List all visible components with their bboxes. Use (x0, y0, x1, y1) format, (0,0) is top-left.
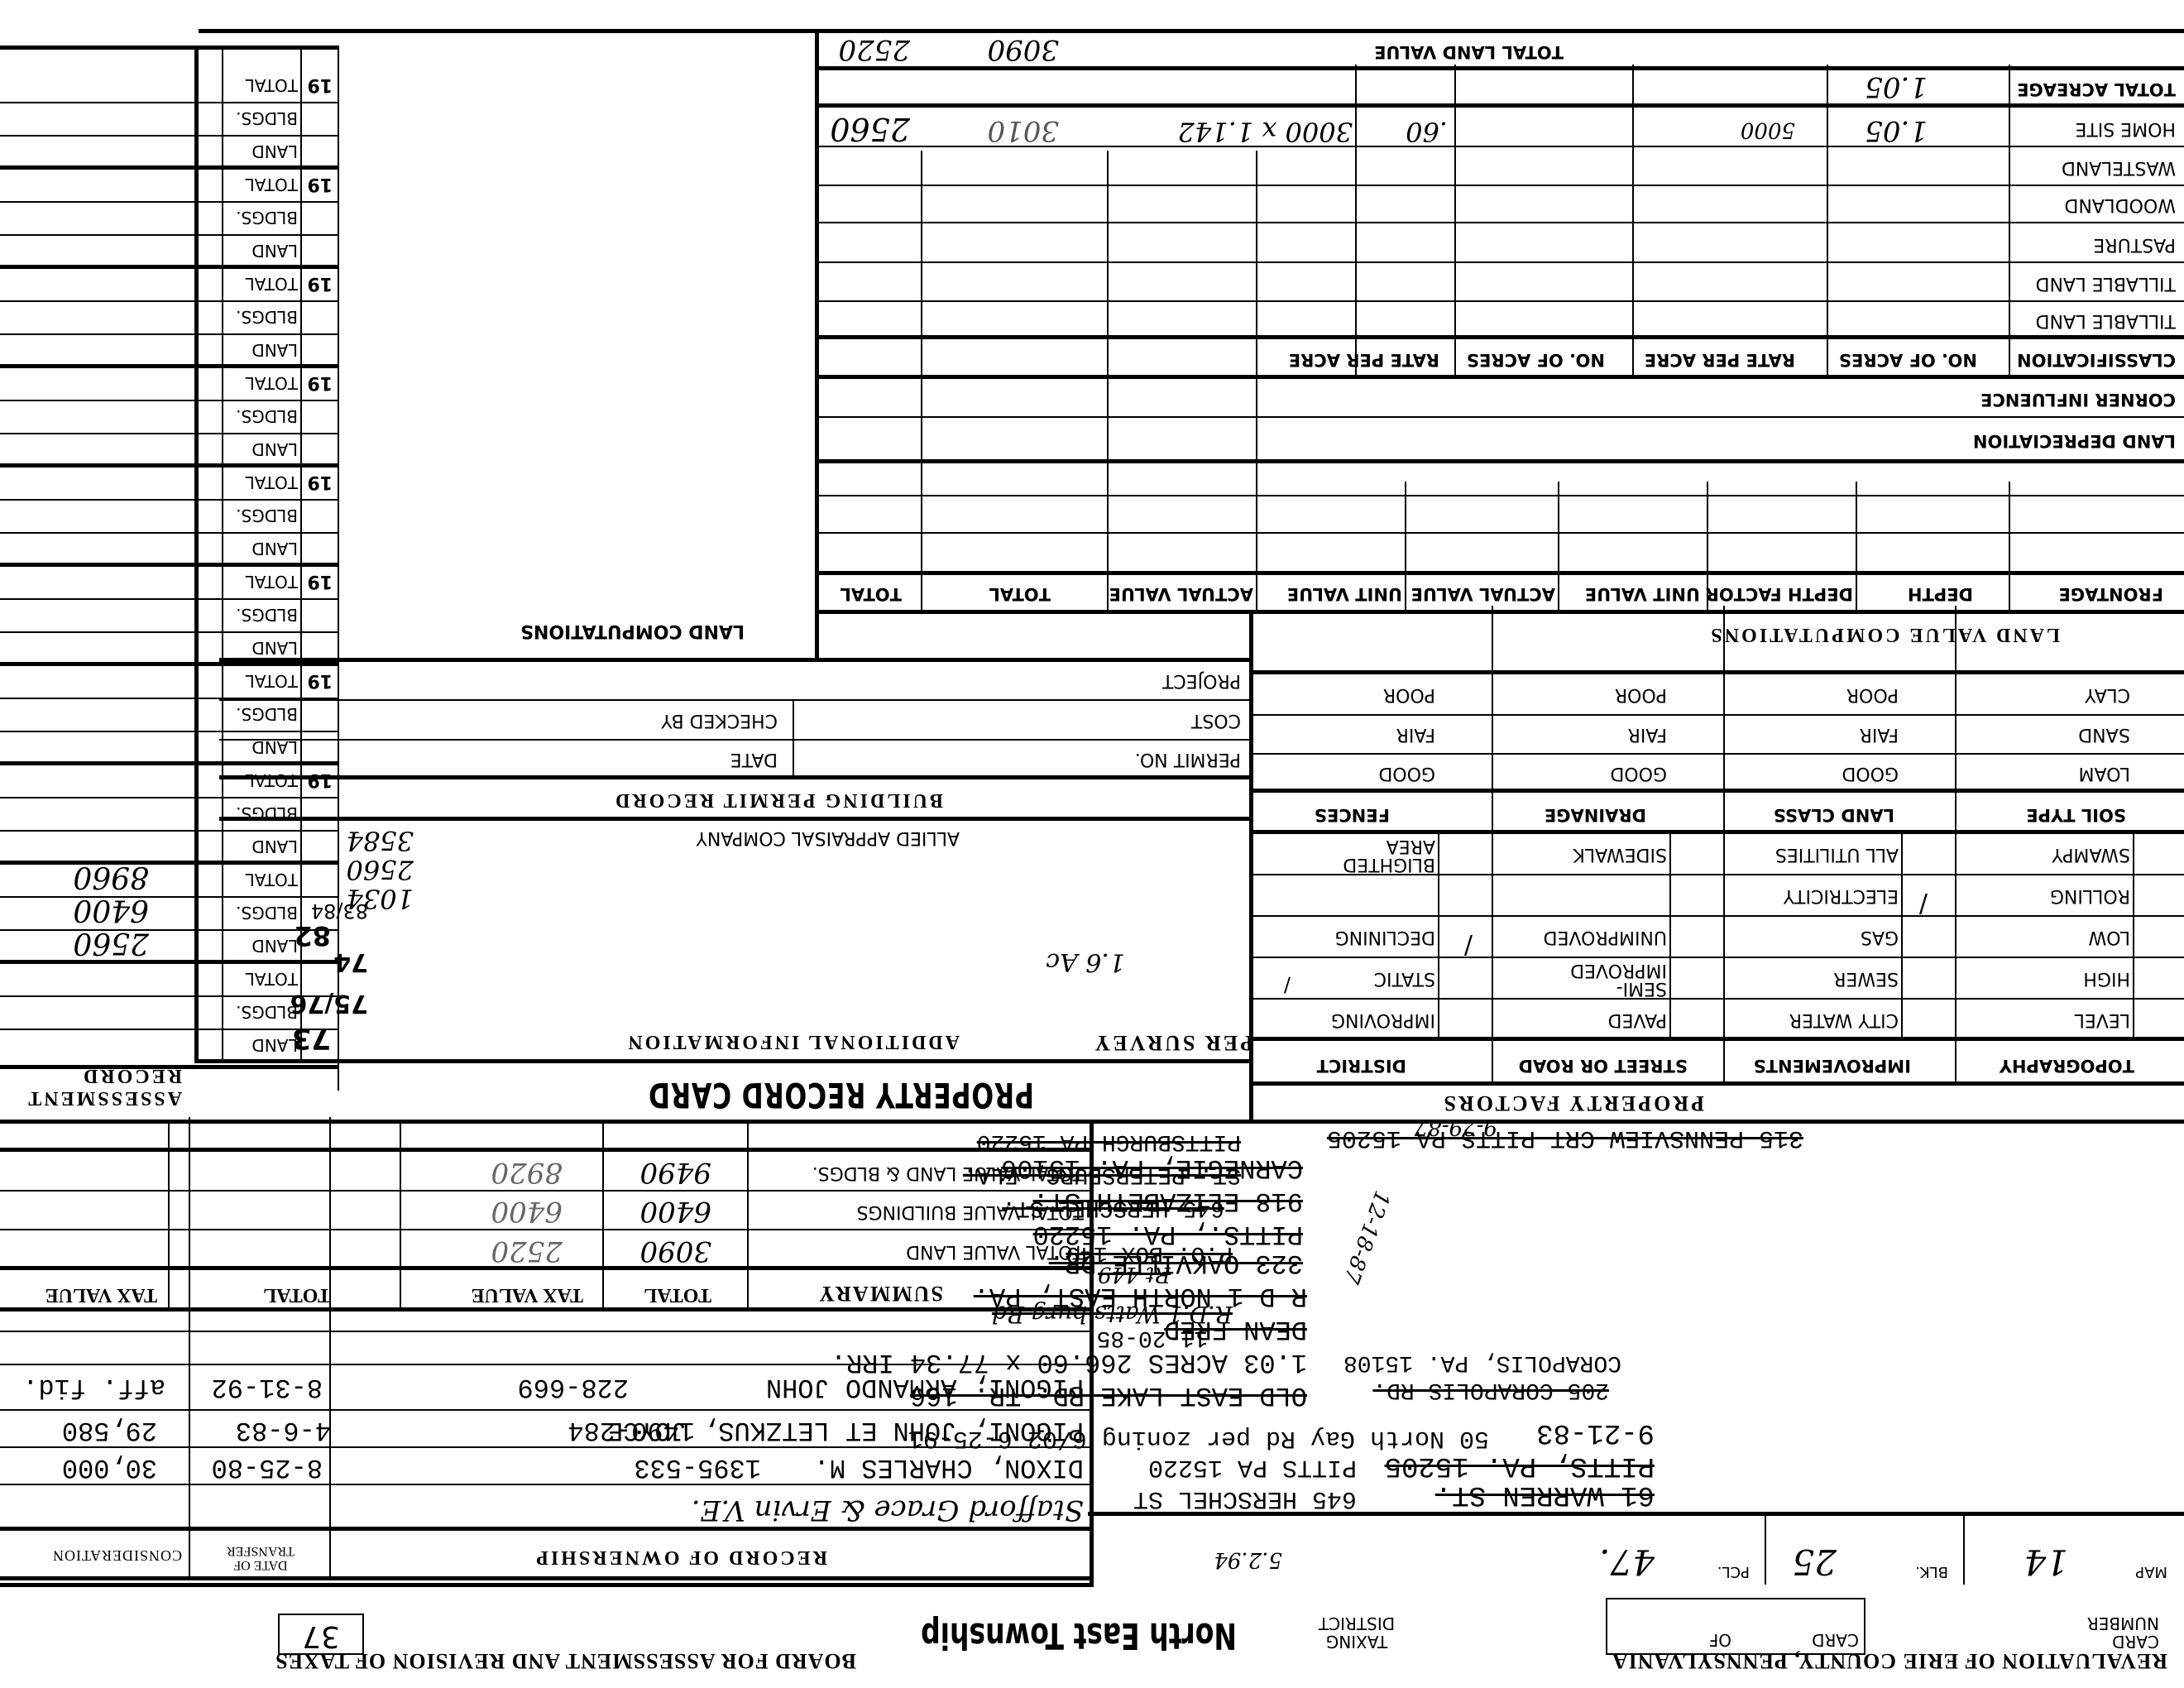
road-sidewalk[interactable]: SIDEWALK (1573, 844, 1667, 865)
assess-bldgs-label: BLDGS. (236, 1002, 298, 1022)
year-prefix: 19 (307, 174, 333, 194)
pcl-note: 5.2.94 (1214, 1547, 1282, 1572)
deed-row-3: 1490-284 (568, 1415, 695, 1446)
no-of-acres-header: NO. OF ACRES (1839, 350, 1977, 370)
owner-row-4: PIGONI, ARMANDO JOHN (766, 1372, 1084, 1403)
property-record-card: REVALUATION OF ERIE COUNTY, PENNSYLVANIA… (0, 0, 2184, 1688)
total-land-value-2: 2520 (838, 33, 910, 66)
land-class-header: LAND CLASS (1774, 805, 1894, 825)
assess-bldgs-label: BLDGS. (236, 406, 298, 426)
address-warren: 61 WARREN ST. (1435, 1479, 1655, 1510)
stamped-year-83-84: 83/84 (311, 899, 368, 923)
home-site-rate-2: 3000 x 1.142 (1178, 116, 1353, 147)
year-prefix: 19 (307, 770, 333, 790)
summary-land-bldgs-tax-value: 8920 (491, 1156, 563, 1189)
consideration-row-4: aff. fid. (22, 1372, 165, 1403)
topo-high[interactable]: HIGH (2083, 968, 2130, 989)
drainage-header: DRAINAGE (1545, 805, 1646, 825)
card-of-box[interactable]: CARD OF (1606, 1598, 1865, 1655)
address-line-2: PITTS PA 15220 (1148, 1453, 1357, 1481)
district-blighted-area[interactable]: BLIGHTED AREA (1336, 837, 1435, 873)
class-home-site: HOME SITE (2075, 118, 2176, 139)
summary-land-bldgs-label: TOTAL VALUE LAND & BLDGS. (812, 1163, 1084, 1183)
class-wasteland: WASTELAND (2062, 157, 2176, 178)
address-wattsburg: R.D.1 Watts burg Rd (992, 1301, 1233, 1328)
land-value-title: LAND VALUE COMPUTATIONS (1708, 623, 2060, 645)
permit-no-label: PERMIT NO. (1135, 749, 1241, 770)
depth-factor-header: DEPTH FACTOR (1706, 584, 1853, 604)
soil-clay[interactable]: CLAY (2085, 684, 2130, 705)
summary-tax-value2-header: TAX VALUE (45, 1283, 157, 1306)
deed-row-4: 228-669 (518, 1372, 629, 1403)
assess-bldgs-label: BLDGS. (236, 108, 298, 128)
consideration-row-2: 30,000 (62, 1452, 157, 1483)
card-number-label: CARD NUMBER (2085, 1614, 2159, 1651)
consideration-header: CONSIDERATION (52, 1547, 182, 1564)
topo-level[interactable]: LEVEL (2075, 1009, 2130, 1030)
date-diagonal-note: 12-18-87 (1339, 1187, 1395, 1287)
road-paved[interactable]: PAVED (1608, 1009, 1667, 1030)
assess-land-label: LAND (251, 737, 298, 757)
summary-buildings-label: TOTAL VALUE BUILDINGS (857, 1201, 1084, 1222)
road-semi-improved[interactable]: SEMI-IMPROVED (1576, 961, 1667, 997)
assess-bldgs-label: BLDGS. (236, 208, 298, 228)
impr-gas[interactable]: GAS (1861, 927, 1899, 947)
drainage-poor[interactable]: POOR (1615, 684, 1667, 705)
assess-land-label: LAND (251, 340, 298, 360)
additional-info-title: ADDITIONAL INFORMATION (625, 1030, 960, 1053)
home-site-value: 3010 (987, 114, 1059, 147)
class-tillable-land: TILLABLE LAND (2036, 310, 2176, 331)
class-pasture: PASTURE (2093, 234, 2176, 255)
stamped-year-82: 82 (294, 920, 331, 952)
district-static[interactable]: STATIC (1374, 968, 1435, 989)
taxing-district-value: North East Township (921, 1614, 1237, 1657)
deed-row-2: 1395-533 (634, 1452, 761, 1483)
assess-land-label: LAND (251, 936, 298, 956)
permit-checked-by-label: CHECKED BY (661, 710, 778, 731)
date-row-3: 4-6-83 (236, 1415, 331, 1446)
assess-total-label: TOTAL (246, 274, 298, 294)
summary-total-header: TOTAL (644, 1283, 711, 1306)
address-rt449: Rt 449 (1098, 1262, 1171, 1287)
assess-total-label: TOTAL (246, 373, 298, 393)
check-static-icon: / (1284, 974, 1291, 997)
actual-value-header: ACTUAL VALUE (1411, 584, 1555, 604)
summary-buildings-total: 6400 (639, 1195, 711, 1228)
fences-fair[interactable]: FAIR (1396, 724, 1435, 745)
assess-bldgs-value: 6400 (73, 893, 149, 927)
topography-header: TOPOGRAPHY (2000, 1056, 2134, 1076)
date-row-4: 8-31-92 (212, 1372, 323, 1403)
district-improving[interactable]: IMPROVING (1331, 1009, 1435, 1030)
assess-land-label: LAND (251, 439, 298, 459)
fences-good[interactable]: GOOD (1378, 763, 1435, 784)
building-permit-title: BUILDING PERMIT RECORD (613, 789, 943, 811)
total-acreage-label: TOTAL ACREAGE (2017, 79, 2176, 99)
soil-type-header: SOIL TYPE (2026, 805, 2126, 825)
assess-bldgs-label: BLDGS. (236, 903, 298, 923)
summary-total2-header: TOTAL (263, 1283, 331, 1306)
home-site-total: 2560 (830, 111, 910, 147)
year-prefix: 19 (307, 372, 333, 393)
fences-header: FENCES (1315, 805, 1390, 825)
summary-land-tax-value: 2520 (491, 1235, 563, 1268)
total-land-value: 3090 (987, 33, 1059, 66)
date-row-2: 8-25-80 (212, 1452, 323, 1483)
date-9-21-83: 9-21-83 (1536, 1417, 1655, 1448)
land-computations-side-title: LAND COMPUTATIONS (520, 621, 745, 641)
soil-sand[interactable]: SAND (2078, 724, 2130, 745)
pcl-value: 47. (1599, 1542, 1655, 1582)
district-header: DISTRICT (1317, 1056, 1406, 1076)
land-class-poor[interactable]: POOR (1846, 684, 1899, 705)
assess-land-label: LAND (251, 638, 298, 658)
appraisal-company: ALLIED APPRAISAL COMPANY (696, 827, 960, 848)
drainage-fair[interactable]: FAIR (1628, 724, 1667, 745)
assess-total-label: TOTAL (246, 175, 298, 194)
topo-low[interactable]: LOW (2088, 927, 2130, 947)
assess-land-label: LAND (251, 539, 298, 559)
assess-total-label: TOTAL (246, 969, 298, 989)
assess-land-value: 2560 (73, 926, 149, 960)
assess-total-value: 8960 (73, 860, 149, 894)
check-unimproved-icon: / (1464, 931, 1473, 960)
home-site-rate: 5000 (1741, 117, 1795, 142)
class-woodland: WOODLAND (2064, 194, 2176, 215)
summary-land-bldgs-total: 9490 (639, 1156, 711, 1189)
district-declining[interactable]: DECLINING (1335, 927, 1435, 947)
assess-total-label: TOTAL (246, 572, 298, 592)
land-class-good[interactable]: GOOD (1842, 763, 1899, 784)
unit-value-header: UNIT VALUE (1585, 584, 1700, 604)
stamped-year-73: 73 (292, 1022, 331, 1055)
date-9-29-87: 9-29-87 (1415, 1115, 1497, 1139)
assess-bldgs-label: BLDGS. (236, 803, 298, 823)
ownership-title: RECORD OF OWNERSHIP (534, 1546, 827, 1568)
assess-bldgs-label: BLDGS. (236, 506, 298, 525)
total-2-header: TOTAL (840, 584, 902, 604)
assess-total-label: TOTAL (246, 472, 298, 492)
class-tillable-land-2: TILLABLE LAND (2036, 273, 2176, 294)
per-survey: PER SURVEY (1093, 1030, 1254, 1055)
total-acreage-value: 1.05 (1865, 70, 1928, 103)
taxing-district-label: TAXING DISTRICT (1311, 1614, 1402, 1651)
box-number: 37 (278, 1614, 364, 1655)
address-pitts-15205: PITTS, PA. 15205 (1385, 1450, 1655, 1481)
impr-electricity[interactable]: ELECTRICITY (1784, 885, 1899, 906)
handwritten-figure-2560: 2560 (347, 854, 414, 885)
impr-all-utilities[interactable]: ALL UTILITIES (1775, 844, 1899, 865)
assess-bldgs-label: BLDGS. (236, 605, 298, 625)
home-site-acres: 1.05 (1865, 114, 1928, 147)
year-prefix: 19 (307, 670, 333, 691)
summary-title: SUMMARY (817, 1281, 943, 1306)
corner-influence-label: CORNER INFLUENCE (1980, 390, 2176, 410)
pcl-label: PCL. (1717, 1563, 1750, 1580)
handwritten-figure-3584: 3584 (347, 825, 414, 856)
assess-total-label: TOTAL (246, 870, 298, 890)
year-prefix: 19 (307, 571, 333, 592)
permit-project-label: PROJECT (1162, 670, 1241, 691)
map-label: MAP (2135, 1563, 2167, 1580)
address-pennsview: 315 PENNSVIEW CRT PITTS PA 15205 (1327, 1124, 1803, 1152)
address-line-1: 645 HERSCHEL ST (1133, 1484, 1357, 1513)
blk-value: 25 (1793, 1542, 1837, 1582)
year-prefix: 19 (307, 273, 333, 294)
card-title: PROPERTY RECORD CARD (648, 1075, 1034, 1115)
summary-land-total: 3090 (639, 1235, 711, 1268)
of-label: OF (1709, 1630, 1731, 1650)
classification-header: CLASSIFICATION (2017, 350, 2176, 370)
no-of-acres-2-header: NO. OF ACRES (1467, 350, 1605, 370)
road-unimproved[interactable]: UNIMPROVED (1544, 927, 1667, 947)
soil-loam[interactable]: LOAM (2079, 763, 2130, 784)
date-11-20-85: 11-20-85 (1097, 1325, 1208, 1350)
assessment-record-title: ASSESSMENT RECORD (0, 1064, 182, 1109)
blk-label: BLK. (1915, 1563, 1948, 1580)
assess-bldgs-label: BLDGS. (236, 704, 298, 724)
summary-land-label: TOTAL VALUE LAND (906, 1241, 1084, 1262)
check-electricity-icon: / (1919, 890, 1928, 918)
assess-total-label: TOTAL (246, 671, 298, 691)
rate-per-acre-2-header: RATE PER ACRE (1289, 350, 1439, 370)
topo-rolling[interactable]: ROLLING (2050, 885, 2130, 906)
drainage-good[interactable]: GOOD (1610, 763, 1667, 784)
assess-land-label: LAND (251, 837, 298, 856)
improvements-header: IMPROVEMENTS (1754, 1056, 1911, 1076)
consideration-row-3: 29,580 (62, 1415, 157, 1446)
assess-bldgs-label: BLDGS. (236, 307, 298, 327)
depth-header: DEPTH (1908, 584, 1973, 604)
land-depreciation-label: LAND DEPRECIATION (1973, 431, 2176, 451)
impr-sewer[interactable]: SEWER (1833, 968, 1899, 989)
topo-swampy[interactable]: SWAMPY (2052, 844, 2130, 865)
year-prefix: 19 (307, 472, 333, 492)
fences-poor[interactable]: POOR (1383, 684, 1435, 705)
owner-row-1: Stafford Grace & Ervin V.E. (692, 1494, 1084, 1527)
actual-value-2-header: ACTUAL VALUE (1109, 584, 1253, 604)
total-land-value-label: TOTAL LAND VALUE (1374, 42, 1564, 62)
permit-cost-label: COST (1191, 710, 1241, 731)
address-205-corapolis: 205 CORAPOLIS RD. (1372, 1377, 1609, 1403)
assess-land-label: LAND (251, 141, 298, 161)
card-label: CARD (1812, 1630, 1859, 1650)
acreage-note: 1.6 Ac (1046, 947, 1125, 976)
total-header: TOTAL (989, 584, 1051, 604)
assess-land-label: LAND (251, 1035, 298, 1055)
summary-buildings-tax-value: 6400 (491, 1195, 563, 1228)
address-corapolis-15108: CORAPOLIS, PA. 15108 (1343, 1350, 1621, 1375)
permit-date-label: DATE (730, 749, 778, 770)
home-site-acres-2: .60 (1406, 116, 1448, 147)
assess-total-label: TOTAL (246, 770, 298, 790)
assess-total-label: TOTAL (246, 75, 298, 95)
owner-row-2: DIXON, CHARLES M. (814, 1452, 1084, 1483)
assess-land-label: LAND (251, 241, 298, 261)
date-of-transfer-header: DATE OF TRANSFER (203, 1544, 318, 1572)
frontage-header: FRONTAGE (2059, 584, 2163, 604)
street-or-road-header: STREET OR ROAD (1519, 1056, 1688, 1076)
rate-per-acre-header: RATE PER ACRE (1645, 350, 1795, 370)
land-class-fair[interactable]: FAIR (1860, 724, 1899, 745)
unit-value-2-header: UNIT VALUE (1287, 584, 1402, 604)
summary-tax-value-header: TAX VALUE (472, 1283, 583, 1306)
year-prefix: 19 (307, 74, 333, 95)
map-value: 14 (2024, 1542, 2068, 1582)
property-factors-title: PROPERTY FACTORS (1442, 1091, 1704, 1115)
impr-city-water[interactable]: CITY WATER (1789, 1009, 1899, 1030)
stamped-year-75-76: 75/76 (290, 989, 368, 1018)
